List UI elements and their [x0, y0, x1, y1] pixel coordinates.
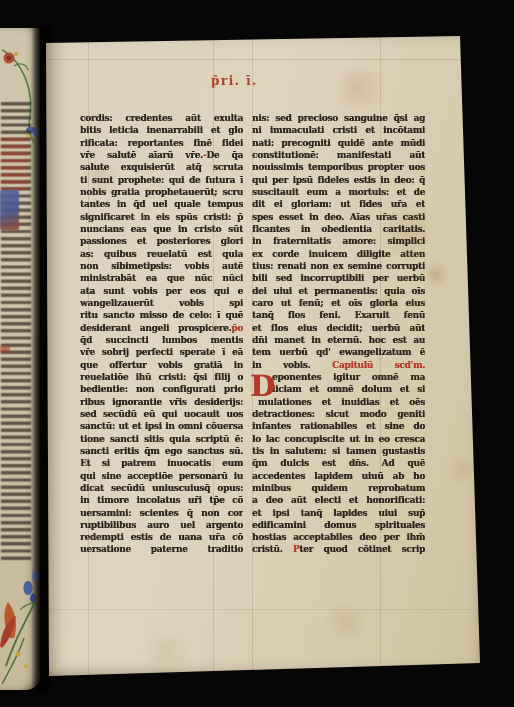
running-title: p̄ri. ī.	[211, 74, 258, 89]
text-line: non sibimetipsis: vobis autē	[80, 261, 243, 274]
text-line: tione sancti sitis quia scriptū ē:	[80, 433, 243, 446]
manuscript-page: p̄ri. ī. cordis: credentes aūt exultabit…	[46, 36, 480, 676]
text-line: lo lac concupiscite ut in eo cresca	[252, 433, 425, 446]
facing-page-rubric-lines	[1, 138, 28, 190]
ruling-line-horizontal	[46, 59, 480, 60]
text-line: qui sine acceptiōe personarū iu	[80, 470, 243, 483]
pencil-foliation	[464, 39, 492, 48]
chapter-initial-d: D	[250, 371, 270, 401]
text-line: ata sunt vobis per eos qui e	[80, 285, 243, 298]
text-line: cordis: credentes aūt exulta	[80, 113, 243, 126]
text-line: q̄m dulcis est dn̄s. Ad quē	[252, 458, 425, 471]
text-line: et ipsi tanq̄ lapides uiui sup̄	[252, 507, 425, 520]
text-line: uersatione paterne traditio	[80, 544, 243, 557]
text-line: salute exquisierūt atq̄ scruta	[80, 162, 243, 175]
text-line: ficantes in obedientia caritatis.	[252, 224, 425, 237]
text-line: in vobis. Capitulū scd'm.	[252, 359, 425, 372]
text-line: minibus quidem reprobatum	[252, 483, 425, 496]
text-line: detractiones: sicut modo geniti	[252, 409, 425, 422]
text-line: spes esset in deo. Aīas ur̄as casti	[252, 211, 425, 224]
text-line: nouissimis temporibus propter uos	[252, 162, 425, 175]
text-line: ribus ignorantie vr̄is desiderijs:	[80, 396, 243, 409]
manuscript-photograph: p̄ri. ī. cordis: credentes aūt exultabit…	[0, 0, 514, 707]
text-line: bedientie: non configurati prio	[80, 384, 243, 397]
text-line: mulationes et inuidias et oēs	[252, 396, 425, 409]
text-line: infantes rationabiles et sine do	[252, 421, 425, 434]
text-line: as: quibus reuelatū est quia	[80, 248, 243, 261]
text-line: Et si patrem inuocatis eum	[80, 458, 243, 471]
text-line: ritu sancto misso de celo: ī quē	[80, 310, 243, 323]
text-line: nobis gratia prophetauerūt; scru	[80, 187, 243, 200]
text-line: sed secūdū eū qui uocauit uos	[80, 409, 243, 422]
text-line: desiderant angeli prospicere.p̄o	[80, 322, 243, 335]
text-line: a deo aūt electi et honorificati:	[252, 495, 425, 508]
text-line: constitutionē: manifestati aūt	[252, 150, 425, 163]
text-line: ti sunt prophete: qui de futura ī	[80, 174, 243, 187]
text-line: eponentes igitur omnē ma	[252, 372, 425, 385]
text-line: wangelizauerūt vobis spi	[80, 298, 243, 311]
text-line: bili sed incorruptibili per uerbū	[252, 273, 425, 286]
text-line: caro ut fenū; et oīs gloria eius	[252, 298, 425, 311]
text-line: rificata: reportantes finē fidei	[80, 137, 243, 150]
text-line: vr̄e salutē aīarū vr̄e.-De q̄a	[80, 150, 243, 163]
text-line: bitis leticia inenarrabili et glo	[80, 125, 243, 138]
text-line: nuncians eas que in cristo sūt	[80, 224, 243, 237]
text-line: vr̄e sobrij perfecti sperate ī eā	[80, 347, 243, 360]
miniature-illustration	[0, 190, 19, 230]
text-line: passiones et posteriores glori	[80, 236, 243, 249]
text-line: tis in salutem: si tamen gustastis	[252, 446, 425, 459]
text-line: ministrabāt ea que nūc nūci	[80, 273, 243, 286]
text-line: qui per ipsū fideles estis in deo: q̄	[252, 174, 425, 187]
text-line: reuelatiōe ihū cristi: q̄si filij o	[80, 372, 243, 385]
text-line: tius: renati non ex semine corrupti	[252, 261, 425, 274]
text-line: liciam et omnē dolum et si	[252, 384, 425, 397]
text-line: uersamini: scientes q̄ non cor	[80, 507, 243, 520]
text-line: que offertur vobis gratiā in	[80, 359, 243, 372]
text-line: dei uiui et permanentis: quia oīs	[252, 285, 425, 298]
text-line: in timore incolatus ur̄i tp̄e cō	[80, 495, 243, 508]
ruling-line-horizontal	[46, 609, 480, 610]
text-line: significaret in eis spūs cristi: p̄	[80, 211, 243, 224]
text-line: in fraternitatis amore: simplici	[252, 236, 425, 249]
text-line: ruptibilibus auro uel argento	[80, 520, 243, 533]
text-line: tantes in q̄d uel quale tempus	[80, 199, 243, 212]
text-line: edificamini domus spirituales	[252, 520, 425, 533]
text-column-left: cordis: credentes aūt exultabitis letici…	[80, 113, 243, 557]
text-line: dicat secūdū uniuscuiusq̄ opus:	[80, 483, 243, 496]
text-line: ex corde inuicem diligite atten	[252, 248, 425, 261]
text-line: ni immaculati cristi et incōtami	[252, 125, 425, 138]
text-column-right: nis: sed precioso sanguine q̄si agni imm…	[252, 113, 425, 557]
text-line: tem uerbū qd' ewangelizatum ē	[252, 347, 425, 360]
facing-page-red-mark	[0, 346, 10, 353]
text-line: q̄d succincti lumbos mentis	[80, 335, 243, 348]
text-line: suscitauit eum a mortuis: et de	[252, 187, 425, 200]
text-line: nati: precogniti quidē ante mūdi	[252, 137, 425, 150]
text-line: et flos eius decidit; uerbū aūt	[252, 322, 425, 335]
text-line: dn̄i manet in eternū. hoc est au	[252, 335, 425, 348]
text-line: sanctū: ut et ipsi in omni cōuersa	[80, 421, 243, 434]
text-line: tanq̄ flos feni. Exaruit fenū	[252, 310, 425, 323]
text-line: nis: sed precioso sanguine q̄si ag	[252, 113, 425, 126]
text-line: dit ei gloriam: ut fides ur̄a et	[252, 199, 425, 212]
text-line: sancti eritis q̄m ego sanctus sū.	[80, 446, 243, 459]
text-line: cristū. Pter quod cōtinet scrip	[252, 544, 425, 557]
text-line: accedentes lapidem uiuū ab ho	[252, 470, 425, 483]
